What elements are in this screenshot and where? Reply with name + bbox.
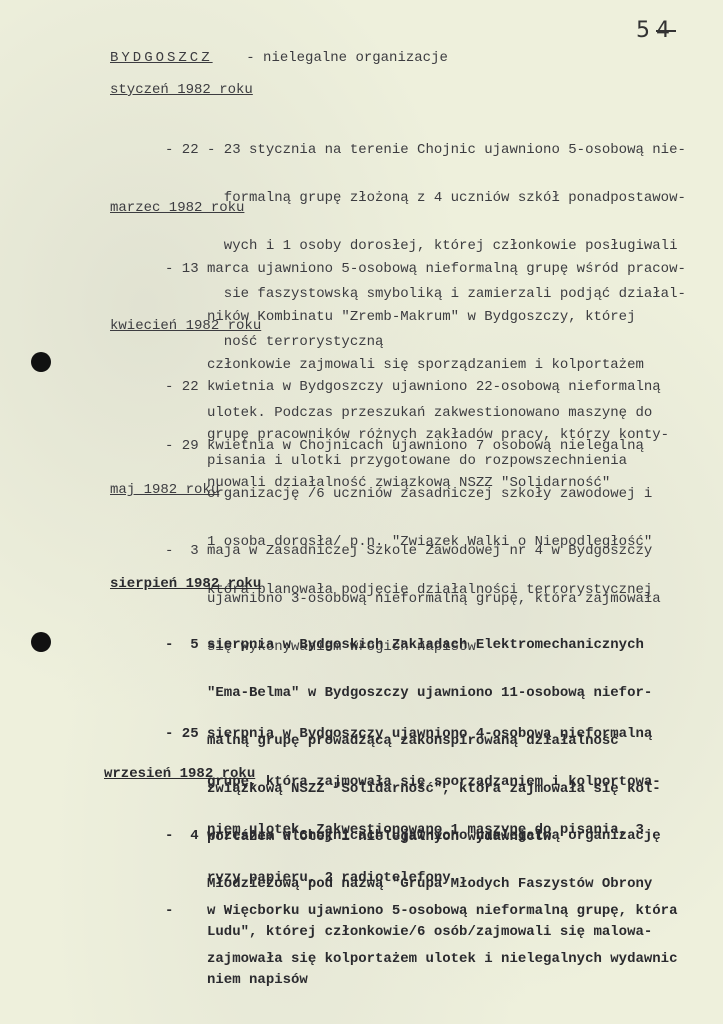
entry-line: - 25 sierpnia w Bydgoszczy ujawniono 4-o…: [165, 726, 661, 742]
page-number: 54: [636, 18, 676, 43]
entry-line: zajmowała się kolportażem ulotek i niele…: [165, 951, 677, 967]
entry-line: - 22 - 23 stycznia na terenie Chojnic uj…: [165, 142, 686, 158]
entry-line: - 29 kwietnia w Chojnicach ujawniono 7 o…: [165, 438, 652, 454]
page-number-struck: 4: [656, 18, 676, 43]
month-heading-may: maj 1982 roku: [110, 482, 219, 498]
entry-line: - w Więcborku ujawniono 5-osobową niefor…: [165, 903, 677, 919]
entry-september-2: - w Więcborku ujawniono 5-osobową niefor…: [165, 871, 677, 983]
month-heading-march: marzec 1982 roku: [110, 200, 244, 216]
entry-line: - 4 września w Chojnicach ujawniono niel…: [165, 828, 661, 844]
punch-hole: [31, 352, 51, 372]
entry-line: - 13 marca ujawniono 5-osobową nieformal…: [165, 261, 686, 277]
title-subtitle: - nielegalne organizacje: [246, 50, 448, 66]
month-heading-september: wrzesień 1982 roku: [104, 766, 255, 782]
entry-line: - 22 kwietnia w Bydgoszczy ujawniono 22-…: [165, 379, 669, 395]
month-heading-january: styczeń 1982 roku: [110, 82, 253, 98]
page-number-value: 5: [636, 18, 656, 43]
title-city: BYDGOSZCZ: [110, 50, 213, 66]
month-heading-april: kwiecień 1982 roku: [110, 318, 261, 334]
entry-line: organizację /6 uczniów zasadniczej szkoł…: [165, 486, 652, 502]
entry-line: - 3 maja w Zasadniczej Szkole Zawodowej …: [165, 543, 661, 559]
document-title: BYDGOSZCZ - nielegalne organizacje: [110, 50, 448, 66]
month-heading-august: sierpień 1982 roku: [110, 576, 261, 592]
punch-hole: [31, 632, 51, 652]
entry-line: - 5 sierpnia w Bydgoskich Zakładach Elek…: [165, 637, 661, 653]
